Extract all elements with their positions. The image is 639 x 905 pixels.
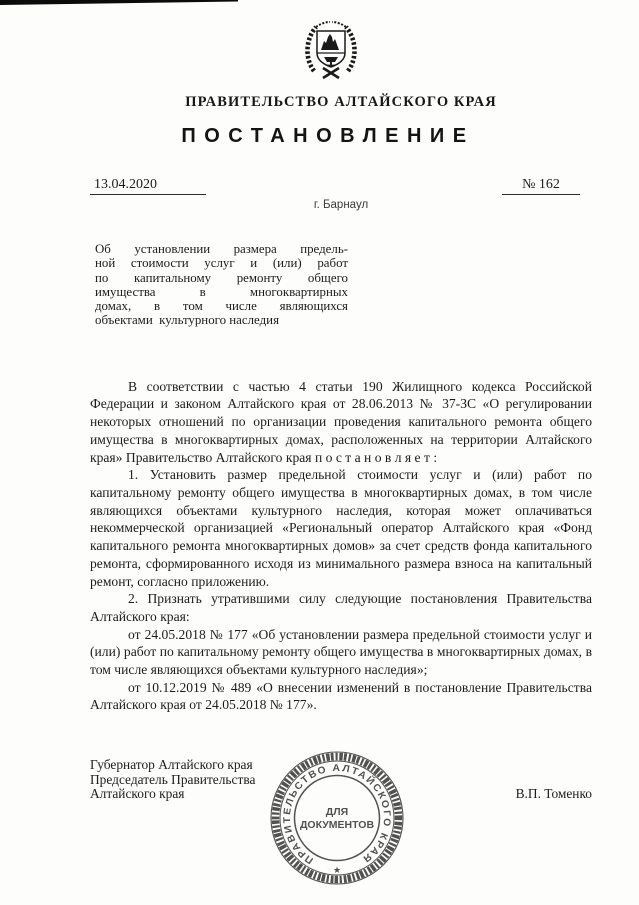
subject-line: ной стоимости услуг и (или) работ <box>95 256 348 270</box>
body-paragraph-item-2: 2. Признать утратившими силу следующие п… <box>90 590 592 625</box>
doc-type-title: ПОСТАНОВЛЕНИЕ <box>77 125 579 148</box>
signature-position-line: Губернатор Алтайского края <box>90 758 255 773</box>
stamp-center-text-line2: ДОКУМЕНТОВ <box>300 819 375 831</box>
stamp-star-icon: ★ <box>333 865 341 875</box>
stamp-center-text-line1: ДЛЯ <box>326 806 348 818</box>
doc-number: № 162 <box>502 177 580 195</box>
signature-position-line: Алтайского края <box>90 787 255 802</box>
body-paragraph-item-1: 1. Установить размер предельной стоимост… <box>90 466 592 590</box>
doc-city: г. Барнаул <box>90 199 592 211</box>
body-text-block: В соответствии с частью 4 статьи 190 Жил… <box>90 378 592 714</box>
altai-krai-coat-of-arms-icon <box>301 19 361 81</box>
org-name: ПРАВИТЕЛЬСТВО АЛТАЙСКОГО КРАЯ <box>90 94 592 111</box>
subject-line: домах, в том числе являющихся <box>95 299 348 313</box>
subject-line: объектами культурного наследия <box>95 313 348 327</box>
subject-block: Об установлении размера предель- ной сто… <box>95 242 348 328</box>
body-paragraph-repealed-1: от 24.05.2018 № 177 «Об установлении раз… <box>90 626 592 679</box>
subject-line: имущества в многоквартирных <box>95 285 348 299</box>
subject-line: по капитальному ремонту общего <box>95 271 348 285</box>
signature-position-block: Губернатор Алтайского края Председатель … <box>90 758 255 802</box>
body-paragraph-preamble: В соответствии с частью 4 статьи 190 Жил… <box>90 378 592 467</box>
doc-date: 13.04.2020 <box>90 177 206 195</box>
meta-row: 13.04.2020 № 162 <box>90 177 592 195</box>
signature-position-line: Председатель Правительства <box>90 773 255 788</box>
body-paragraph-repealed-2: от 10.12.2019 № 489 «О внесении изменени… <box>90 679 592 714</box>
signature-name: В.П. Томенко <box>516 787 592 802</box>
scan-artifact-bar <box>0 0 238 5</box>
decree-document-page: ПРАВИТЕЛЬСТВО АЛТАЙСКОГО КРАЯ ПОСТАНОВЛЕ… <box>0 0 639 905</box>
subject-line: Об установлении размера предель- <box>95 242 348 256</box>
signature-row: Губернатор Алтайского края Председатель … <box>90 758 592 802</box>
